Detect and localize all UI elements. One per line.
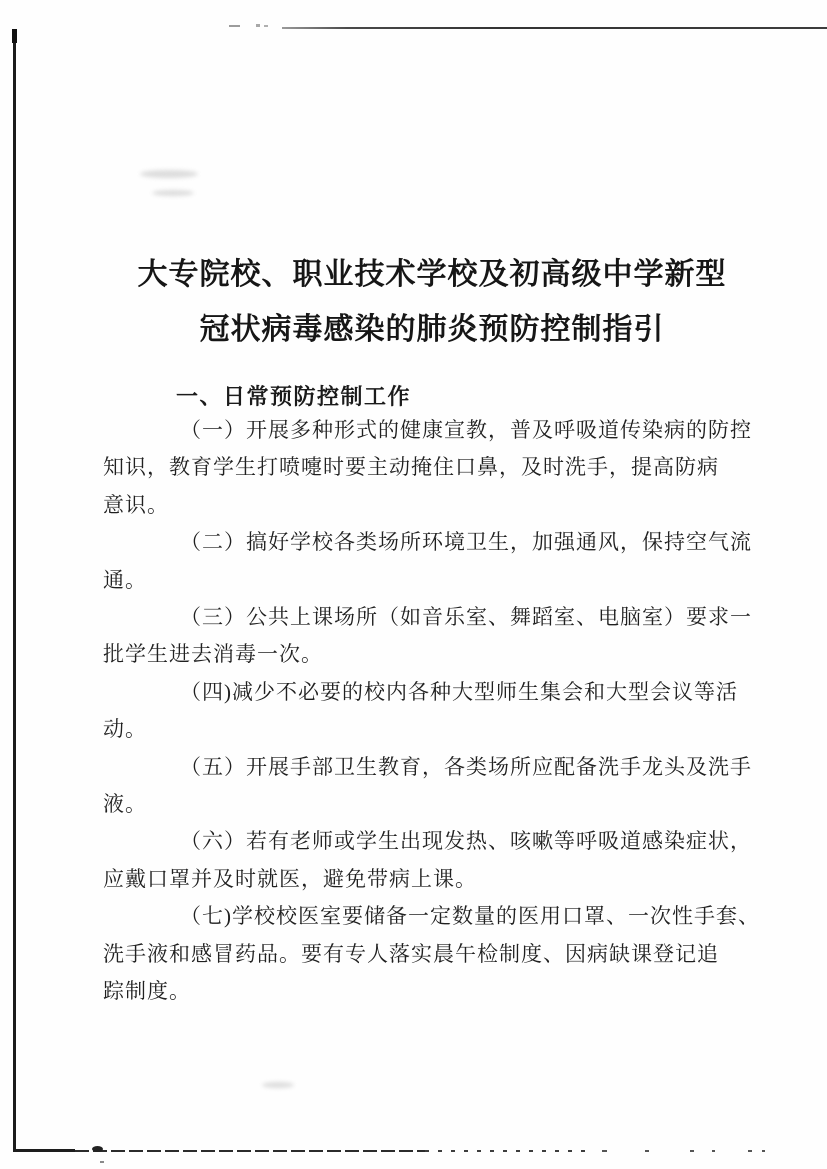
document-title-line1: 大专院校、职业技术学校及初高级中学新型 [118, 247, 746, 302]
scan-smudge [262, 1082, 294, 1088]
body-line: （二）搞好学校各类场所环境卫生，加强通风，保持空气流 [103, 524, 743, 561]
body-line: （七)学校校医室要储备一定数量的医用口罩、一次性手套、 [103, 898, 743, 935]
body-line: 通。 [103, 562, 743, 599]
body-line: （四)减少不必要的校内各种大型师生集会和大型会议等活 [103, 674, 743, 711]
body-line: （五）开展手部卫生教育，各类场所应配备洗手龙头及洗手 [103, 749, 743, 786]
document-body: （一）开展多种形式的健康宣教，普及呼吸道传染病的防控 知识，教育学生打喷嚏时要主… [103, 412, 743, 1011]
body-line: （六）若有老师或学生出现发热、咳嗽等呼吸道感染症状， [103, 823, 743, 860]
body-line: 液。 [103, 786, 743, 823]
document-title: 大专院校、职业技术学校及初高级中学新型 冠状病毒感染的肺炎预防控制指引 [118, 247, 746, 357]
scan-top-dash [264, 25, 268, 27]
document-title-line2: 冠状病毒感染的肺炎预防控制指引 [118, 302, 746, 357]
scan-left-edge-line [13, 29, 16, 1152]
body-line: 知识，教育学生打喷嚏时要主动掩住口鼻，及时洗手，提高防病 [103, 449, 743, 486]
scan-bottom-edge-line [13, 1149, 75, 1152]
scan-top-dash [256, 24, 260, 27]
body-line: 动。 [103, 711, 743, 748]
section-heading: 一、日常预防控制工作 [176, 380, 411, 411]
scan-dot [602, 1150, 607, 1152]
body-line: 应戴口罩并及时就医，避免带病上课。 [103, 861, 743, 898]
scan-dot [100, 1161, 104, 1163]
body-line: （一）开展多种形式的健康宣教，普及呼吸道传染病的防控 [103, 412, 743, 449]
body-line: 踪制度。 [103, 973, 743, 1010]
scan-dot [712, 1150, 715, 1152]
scanned-document-page: 大专院校、职业技术学校及初高级中学新型 冠状病毒感染的肺炎预防控制指引 一、日常… [0, 0, 827, 1169]
scan-dot [690, 1150, 694, 1152]
scan-top-edge-line [282, 27, 827, 29]
scan-bottom-edge-dashes [75, 1150, 425, 1152]
body-line: 意识。 [103, 487, 743, 524]
scan-smudge [140, 170, 198, 178]
scan-left-edge-blob [12, 29, 17, 43]
scan-dot [645, 1150, 649, 1152]
scan-top-dash [229, 25, 240, 27]
scan-dot [748, 1150, 752, 1152]
scan-bottom-bump [92, 1146, 103, 1152]
body-line: 批学生进去消毒一次。 [103, 636, 743, 673]
scan-dot [762, 1150, 765, 1152]
body-line: 洗手液和感冒药品。要有专人落实晨午检制度、因病缺课登记追 [103, 936, 743, 973]
scan-smudge [152, 190, 194, 196]
body-line: （三）公共上课场所（如音乐室、舞蹈室、电脑室）要求一 [103, 599, 743, 636]
scan-bottom-edge-dots [425, 1150, 585, 1152]
